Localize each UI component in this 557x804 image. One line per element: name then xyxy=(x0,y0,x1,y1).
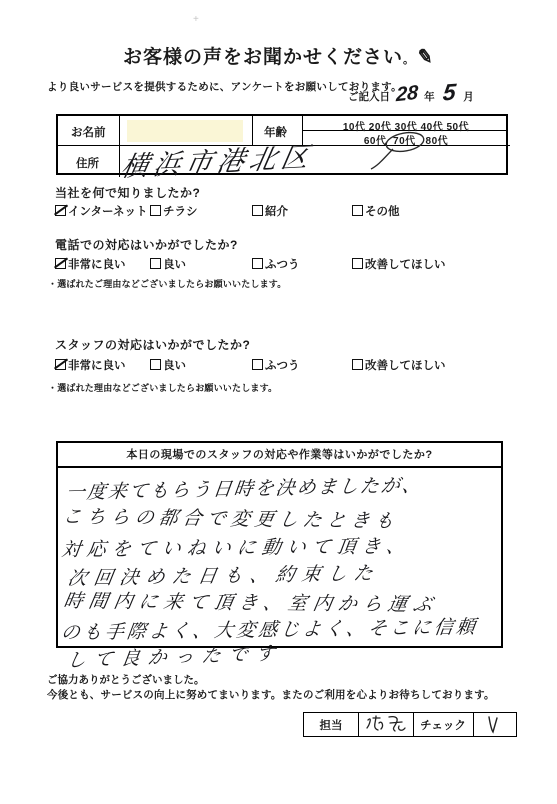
registration-mark: + xyxy=(193,14,199,25)
date-label: ご記入日 xyxy=(348,91,390,103)
option-phone-excellent: 非常に良い xyxy=(55,256,126,272)
staff-signature-scribble xyxy=(364,714,408,736)
check-cell xyxy=(473,713,516,736)
checkbox-phone-improve xyxy=(352,258,363,269)
handwritten-comment-line: 対応をていねいに動いて頂き、 xyxy=(60,531,413,562)
question-staff-note: ・選ばれた理由などございましたらお願いいたします。 xyxy=(48,381,277,394)
comment-box-header: 本日の現場でのスタッフの対応や作業等はいかがでしたか? xyxy=(58,443,501,468)
age-options-row2: 60代 70代 80代 xyxy=(304,132,508,147)
checkbox-other xyxy=(352,205,363,216)
option-staff-normal: ふつう xyxy=(252,357,300,373)
question-phone-options: 非常に良い 良い ふつう 改善してほしい xyxy=(0,256,557,274)
scanned-survey-page: + お客様の声をお聞かせください。✎ より良いサービスを提供するために、アンケー… xyxy=(0,0,557,804)
table-divider xyxy=(119,116,120,177)
checkbox-phone-excellent-checked xyxy=(55,258,66,269)
customer-info-table: お名前 年齢 10代 20代 30代 40代 50代 60代 70代 80代 住… xyxy=(56,114,508,175)
checkbox-internet-checked xyxy=(55,205,66,216)
staff-label: 担当 xyxy=(304,713,358,736)
handwritten-comment-line: 時間内に来て頂き、室内から運ぶ xyxy=(62,586,441,617)
month-label: 月 xyxy=(463,91,474,103)
check-mark xyxy=(483,715,507,735)
page-title-row: お客様の声をお聞かせください。✎ xyxy=(0,42,557,69)
staff-signature xyxy=(358,713,413,736)
option-phone-good: 良い xyxy=(150,256,186,272)
page-title: お客様の声をお聞かせください xyxy=(123,47,403,68)
checkbox-staff-good xyxy=(150,359,161,370)
handwritten-comment-line: 一度来てもらう日時を決めましたが、 xyxy=(64,470,424,505)
check-label: チェック xyxy=(413,713,473,736)
checkbox-phone-good xyxy=(150,258,161,269)
question-source-heading: 当社を何で知りましたか? xyxy=(55,184,200,201)
title-period: 。 xyxy=(403,54,415,66)
thanks-message-2: 今後とも、サービスの向上に努めてまいります。またのご利用を心よりお待ちしておりま… xyxy=(47,687,495,702)
address-label: 住所 xyxy=(76,155,99,171)
age-option-70-selected: 70代 xyxy=(393,136,419,147)
question-phone-note: ・選ばれたご理由などございましたらお願いいたします。 xyxy=(48,277,286,290)
handwritten-comment-line: こちらの都合で変更したときも xyxy=(61,502,402,534)
option-staff-improve: 改善してほしい xyxy=(352,357,446,373)
fill-date-line: ご記入日 28 年 5 月 xyxy=(348,79,474,106)
comment-box: 本日の現場でのスタッフの対応や作業等はいかがでしたか? 一度来てもらう日時を決め… xyxy=(56,441,503,648)
thanks-message-1: ご協力ありがとうございました。 xyxy=(47,672,205,687)
option-referral: 紹介 xyxy=(252,203,288,219)
question-source-options: インターネット チラシ 紹介 その他 xyxy=(0,203,557,221)
checkbox-flyer xyxy=(150,205,161,216)
staff-check-table: 担当 チェック xyxy=(303,712,517,737)
question-staff-options: 非常に良い 良い ふつう 改善してほしい xyxy=(0,357,557,375)
age-selection-circle xyxy=(383,131,433,171)
name-label: お名前 xyxy=(71,124,106,140)
checkbox-referral xyxy=(252,205,263,216)
checkbox-staff-excellent-checked xyxy=(55,359,66,370)
pencil-icon: ✎ xyxy=(416,45,436,70)
question-phone-heading: 電話での対応はいかがでしたか? xyxy=(55,236,238,253)
address-value-handwritten: 横浜市港北区 xyxy=(118,135,317,185)
date-year-handwritten: 28 xyxy=(396,82,419,108)
question-staff-heading: スタッフの対応はいかがでしたか? xyxy=(55,336,250,353)
date-month-handwritten: 5 xyxy=(441,78,457,106)
option-staff-good: 良い xyxy=(150,357,186,373)
option-staff-excellent: 非常に良い xyxy=(55,357,126,373)
option-phone-normal: ふつう xyxy=(252,256,300,272)
option-flyer: チラシ xyxy=(150,203,198,219)
checkbox-phone-normal xyxy=(252,258,263,269)
option-phone-improve: 改善してほしい xyxy=(352,256,446,272)
year-label: 年 xyxy=(424,91,435,103)
checkbox-staff-normal xyxy=(252,359,263,370)
option-internet: インターネット xyxy=(55,203,147,219)
checkbox-staff-improve xyxy=(352,359,363,370)
option-other: その他 xyxy=(352,203,400,219)
